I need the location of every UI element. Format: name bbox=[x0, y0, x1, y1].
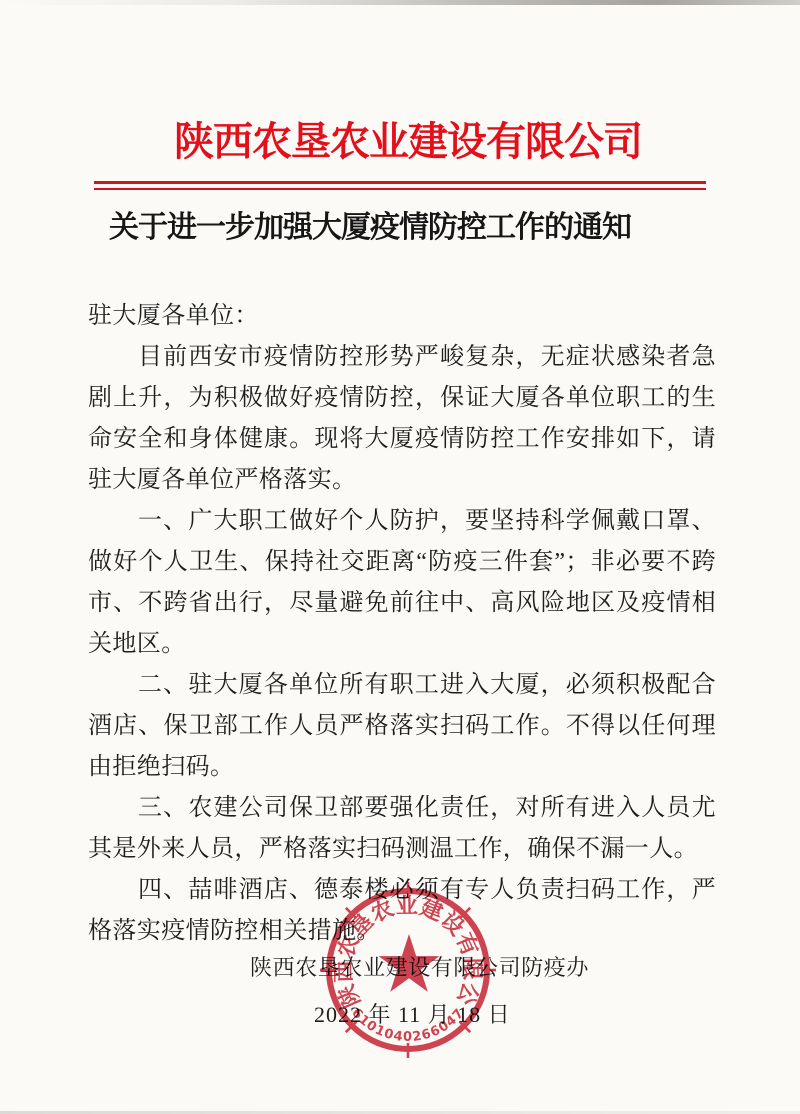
document-page: { "page": { "background": "#fbfaf7", "te… bbox=[0, 0, 800, 1114]
notice-body: 驻大厦各单位： 目前西安市疫情防控形势严峻复杂，无症状感染者急剧上升，为积极做好… bbox=[88, 296, 716, 952]
body-paragraph-item-3: 三、农建公司保卫部要强化责任，对所有进入人员尤其是外来人员，严格落实扫码测温工作… bbox=[88, 788, 716, 870]
body-paragraph-item-1: 一、广大职工做好个人防护，要坚持科学佩戴口罩、做好个人卫生、保持社交距离“防疫三… bbox=[88, 501, 716, 665]
letterhead-company-name: 陕西农垦农业建设有限公司 bbox=[8, 118, 800, 166]
body-paragraph-item-2: 二、驻大厦各单位所有职工进入大厦，必须积极配合酒店、保卫部工作人员严格落实扫码工… bbox=[88, 665, 716, 788]
letterhead-rule bbox=[94, 181, 706, 190]
body-paragraph-intro: 目前西安市疫情防控形势严峻复杂，无症状感染者急剧上升，为积极做好疫情防控，保证大… bbox=[88, 337, 716, 501]
seal-star-icon bbox=[379, 934, 440, 992]
notice-title: 关于进一步加强大厦疫情防控工作的通知 bbox=[0, 208, 770, 248]
salutation: 驻大厦各单位： bbox=[88, 296, 716, 337]
scan-artifact-top bbox=[0, 0, 800, 5]
official-seal-icon: 陕西农垦农业建设有限公司 6101040266047 bbox=[317, 879, 499, 1061]
